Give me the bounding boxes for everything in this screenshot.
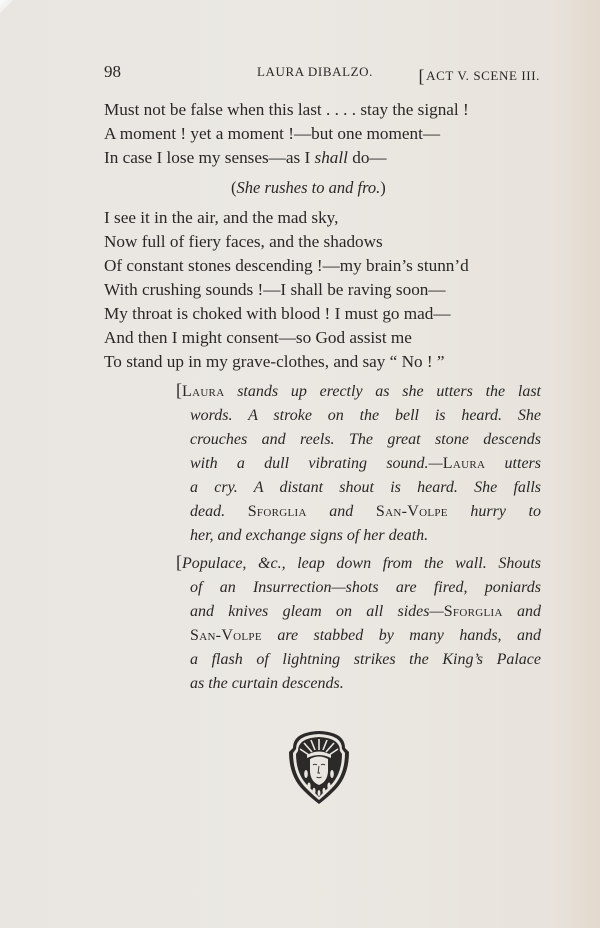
stage-line: a cry. A distant shout is heard. She fal… <box>176 476 541 500</box>
stage-text: and <box>503 603 541 620</box>
character-name: Laura <box>443 455 485 472</box>
book-page: 98 LAURA DIBALZO. [ACT V. SCENE III. Mus… <box>0 0 600 928</box>
character-name: Sforglia <box>248 503 307 520</box>
verse-line: Now full of fiery faces, and the shadows <box>104 230 544 254</box>
character-name: San-Volpe <box>376 503 448 520</box>
stage-line: San-Volpe are stabbed by many hands, and <box>176 624 541 648</box>
verse-block-2: I see it in the air, and the mad sky, No… <box>104 206 544 374</box>
stage-direction-finale: [Populace, &c., leap down from the wall.… <box>176 550 541 696</box>
verse-line: My throat is choked with blood ! I must … <box>104 302 544 326</box>
stage-line: crouches and reels. The great stone desc… <box>176 428 541 452</box>
stage-text: are stabbed by many hands, and <box>262 627 541 644</box>
verse-line: Of constant stones descending !—my brain… <box>104 254 544 278</box>
stage-line: [Populace, &c., leap down from the wall.… <box>176 550 541 576</box>
verse-line: I see it in the air, and the mad sky, <box>104 206 544 230</box>
stage-text: and knives gleam on all sides— <box>190 603 444 620</box>
stage-line: her, and exchange signs of her death. <box>176 524 541 548</box>
character-name: Laura <box>182 383 224 400</box>
running-head: 98 LAURA DIBALZO. [ACT V. SCENE III. <box>104 62 540 84</box>
stage-text: hurry to <box>448 503 541 520</box>
stage-text: utters <box>485 455 541 472</box>
verse-line: To stand up in my grave-clothes, and say… <box>104 350 544 374</box>
verse-line: In case I lose my senses—as I shall do— <box>104 146 544 170</box>
character-name: Sforglia <box>444 603 503 620</box>
stage-direction-text: She rushes to and fro. <box>237 178 381 197</box>
verse-text: do— <box>348 148 387 167</box>
stage-line: a flash of lightning strikes the King’s … <box>176 648 541 672</box>
stage-line: with a dull vibrating sound.—Laura utter… <box>176 452 541 476</box>
stage-line: of an Insurrection—shots are fired, poni… <box>176 576 541 600</box>
scene-label: [ACT V. SCENE III. <box>419 64 540 85</box>
verse-line: Must not be false when this last . . . .… <box>104 98 544 122</box>
stage-text: Populace, &c., leap down from the wall. … <box>182 555 541 572</box>
play-title: LAURA DIBALZO. <box>257 64 373 80</box>
character-name: San-Volpe <box>190 627 262 644</box>
verse-block-1: Must not be false when this last . . . .… <box>104 98 544 170</box>
stage-line: [Laura stands up erectly as she utters t… <box>176 378 541 404</box>
emphasis-text: shall <box>315 148 348 167</box>
classical-head-shield-icon <box>287 728 351 806</box>
verse-line: A moment ! yet a moment !—but one moment… <box>104 122 544 146</box>
page-corner-curl <box>0 0 14 14</box>
inline-stage-direction: (She rushes to and fro.) <box>231 178 386 198</box>
stage-line: as the curtain descends. <box>176 672 541 696</box>
verse-text: In case I lose my senses—as I <box>104 148 315 167</box>
page-number: 98 <box>104 62 121 82</box>
scene-text: ACT V. SCENE III. <box>426 68 540 83</box>
verse-line: And then I might consent—so God assist m… <box>104 326 544 350</box>
scene-bracket: [ <box>419 66 426 86</box>
verse-line: With crushing sounds !—I shall be raving… <box>104 278 544 302</box>
close-paren: ) <box>380 178 386 197</box>
stage-line: and knives gleam on all sides—Sforglia a… <box>176 600 541 624</box>
stage-text: dead. <box>190 503 248 520</box>
stage-text: stands up erectly as she utters the last <box>224 383 541 400</box>
stage-line: words. A stroke on the bell is heard. Sh… <box>176 404 541 428</box>
stage-text: with a dull vibrating sound.— <box>190 455 443 472</box>
stage-line: dead. Sforglia and San-Volpe hurry to <box>176 500 541 524</box>
stage-direction-death: [Laura stands up erectly as she utters t… <box>176 378 541 548</box>
stage-text: and <box>307 503 376 520</box>
